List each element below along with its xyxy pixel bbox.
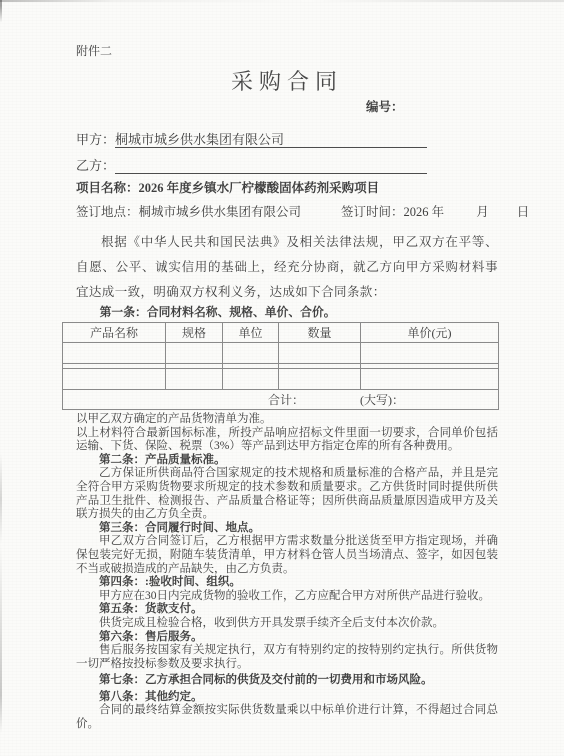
sign-day: 日 [517, 205, 530, 219]
project-name-row: 项目名称：2026 年度乡镇水厂柠檬酸固体药剂采购项目 [76, 180, 498, 196]
total-cell: 合计：(大写)： [63, 390, 499, 410]
contract-page: 附件二 采购合同 编号： 甲方：桐城市城乡供水集团有限公司 乙方： 项目名称：2… [0, 0, 564, 756]
total-caps-label: (大写)： [360, 391, 404, 408]
scan-edge-artifact [0, 0, 2, 756]
signing-row: 签订地点：桐城市城乡供水集团有限公司签订时间：2026 年月日 [76, 204, 498, 220]
clause-5-heading: 第五条：货款支付。 [76, 603, 498, 617]
table-cell [361, 343, 499, 364]
clause-8-heading: 第八条：其他约定。 [76, 691, 498, 705]
table-cell [361, 369, 499, 390]
sign-month: 月 [476, 205, 489, 219]
clause-5-body: 供货完成且检验合格，收到供方开具发票手续齐全后支付本次价款。 [76, 617, 498, 631]
sign-year: 2026 年 [404, 205, 445, 219]
table-cell [223, 343, 279, 364]
clause-3-heading: 第三条：合同履行时间、地点。 [76, 522, 498, 536]
clause-2-body: 乙方保证所供商品符合国家规定的技术规格和质量标准的合格产品，并且是完全符合甲方采… [76, 467, 498, 521]
intro-paragraph: 根据《中华人民共和国民法典》及相关法律法规，甲乙双方在平等、自愿、公平、诚实信用… [76, 230, 498, 305]
header-cell-qty: 数量 [279, 323, 361, 343]
table-cell [166, 343, 223, 364]
table-cell [279, 369, 361, 390]
clause-2-heading: 第二条：产品质量标准。 [76, 454, 498, 468]
header-cell-product: 产品名称 [63, 323, 166, 343]
clause-4-heading: 第四条：:验收时间、组织。 [76, 576, 498, 590]
contract-terms: 以甲乙双方确定的产品货物清单为准。 以上材料符合最新国标标准，所投产品响应招标文… [76, 413, 498, 732]
table-cell [63, 343, 166, 364]
total-label: 合计： [268, 391, 304, 408]
clause-7-heading: 第七条：乙方承担合同标的供货及交付前的一切费用和市场风险。 [76, 674, 498, 688]
note-line-2: 以上材料符合最新国标标准，所投产品响应招标文件里面一切要求，合同单价包括运输、下… [76, 427, 498, 454]
sign-place-value: 桐城市城乡供水集团有限公司 [139, 205, 302, 219]
header-cell-price: 单价(元) [361, 323, 499, 343]
clause-4-body: 甲方应在30日内完成货物的验收工作，乙方应配合甲方对所供产品进行验收。 [76, 590, 498, 604]
table-row [63, 369, 499, 390]
attachment-label: 附件二 [76, 44, 498, 58]
party-b-name-blank [115, 158, 427, 174]
project-label: 项目名称： [76, 181, 139, 195]
products-table: 产品名称 规格 单位 数量 单价(元) 合计：(大写)： [62, 322, 499, 410]
party-a-name: 桐城市城乡供水集团有限公司 [115, 132, 427, 148]
table-cell [63, 369, 166, 390]
party-b-label: 乙方： [76, 158, 115, 173]
contract-number-label: 编号： [366, 100, 498, 114]
party-a-row: 甲方：桐城市城乡供水集团有限公司 [76, 132, 498, 148]
table-row [63, 343, 499, 364]
sign-place-label: 签订地点： [76, 205, 139, 219]
header-cell-spec: 规格 [166, 323, 223, 343]
clause-1-heading: 第一条：合同材料名称、规格、单价、合价。 [76, 305, 498, 319]
project-name: 2026 年度乡镇水厂柠檬酸固体药剂采购项目 [139, 181, 380, 195]
table-cell [279, 343, 361, 364]
table-total-row: 合计：(大写)： [63, 390, 499, 410]
clause-6-heading: 第六条：售后服务。 [76, 631, 498, 645]
sign-time-label: 签订时间： [341, 205, 404, 219]
party-a-label: 甲方： [76, 132, 115, 147]
party-b-row: 乙方： [76, 158, 498, 174]
header-cell-unit: 单位 [223, 323, 279, 343]
clause-3-body: 甲乙双方合同签订后，乙方根据甲方需求数量分批送货至甲方指定现场，并确保包装完好无… [76, 535, 498, 576]
contract-title: 采购合同 [76, 70, 498, 94]
table-header-row: 产品名称 规格 单位 数量 单价(元) [63, 323, 499, 343]
table-cell [166, 369, 223, 390]
note-line-1: 以甲乙双方确定的产品货物清单为准。 [76, 413, 498, 427]
clause-6-body: 售后服务按国家有关规定执行，双方有特别约定的按特别约定执行。所供货物一切严格按投… [76, 644, 498, 671]
clause-8-body: 合同的最终结算金额按实际供货数量乘以中标单价进行计算，不得超过合同总价。 [76, 704, 498, 731]
table-cell [223, 369, 279, 390]
scan-top-artifact [0, 0, 564, 2]
